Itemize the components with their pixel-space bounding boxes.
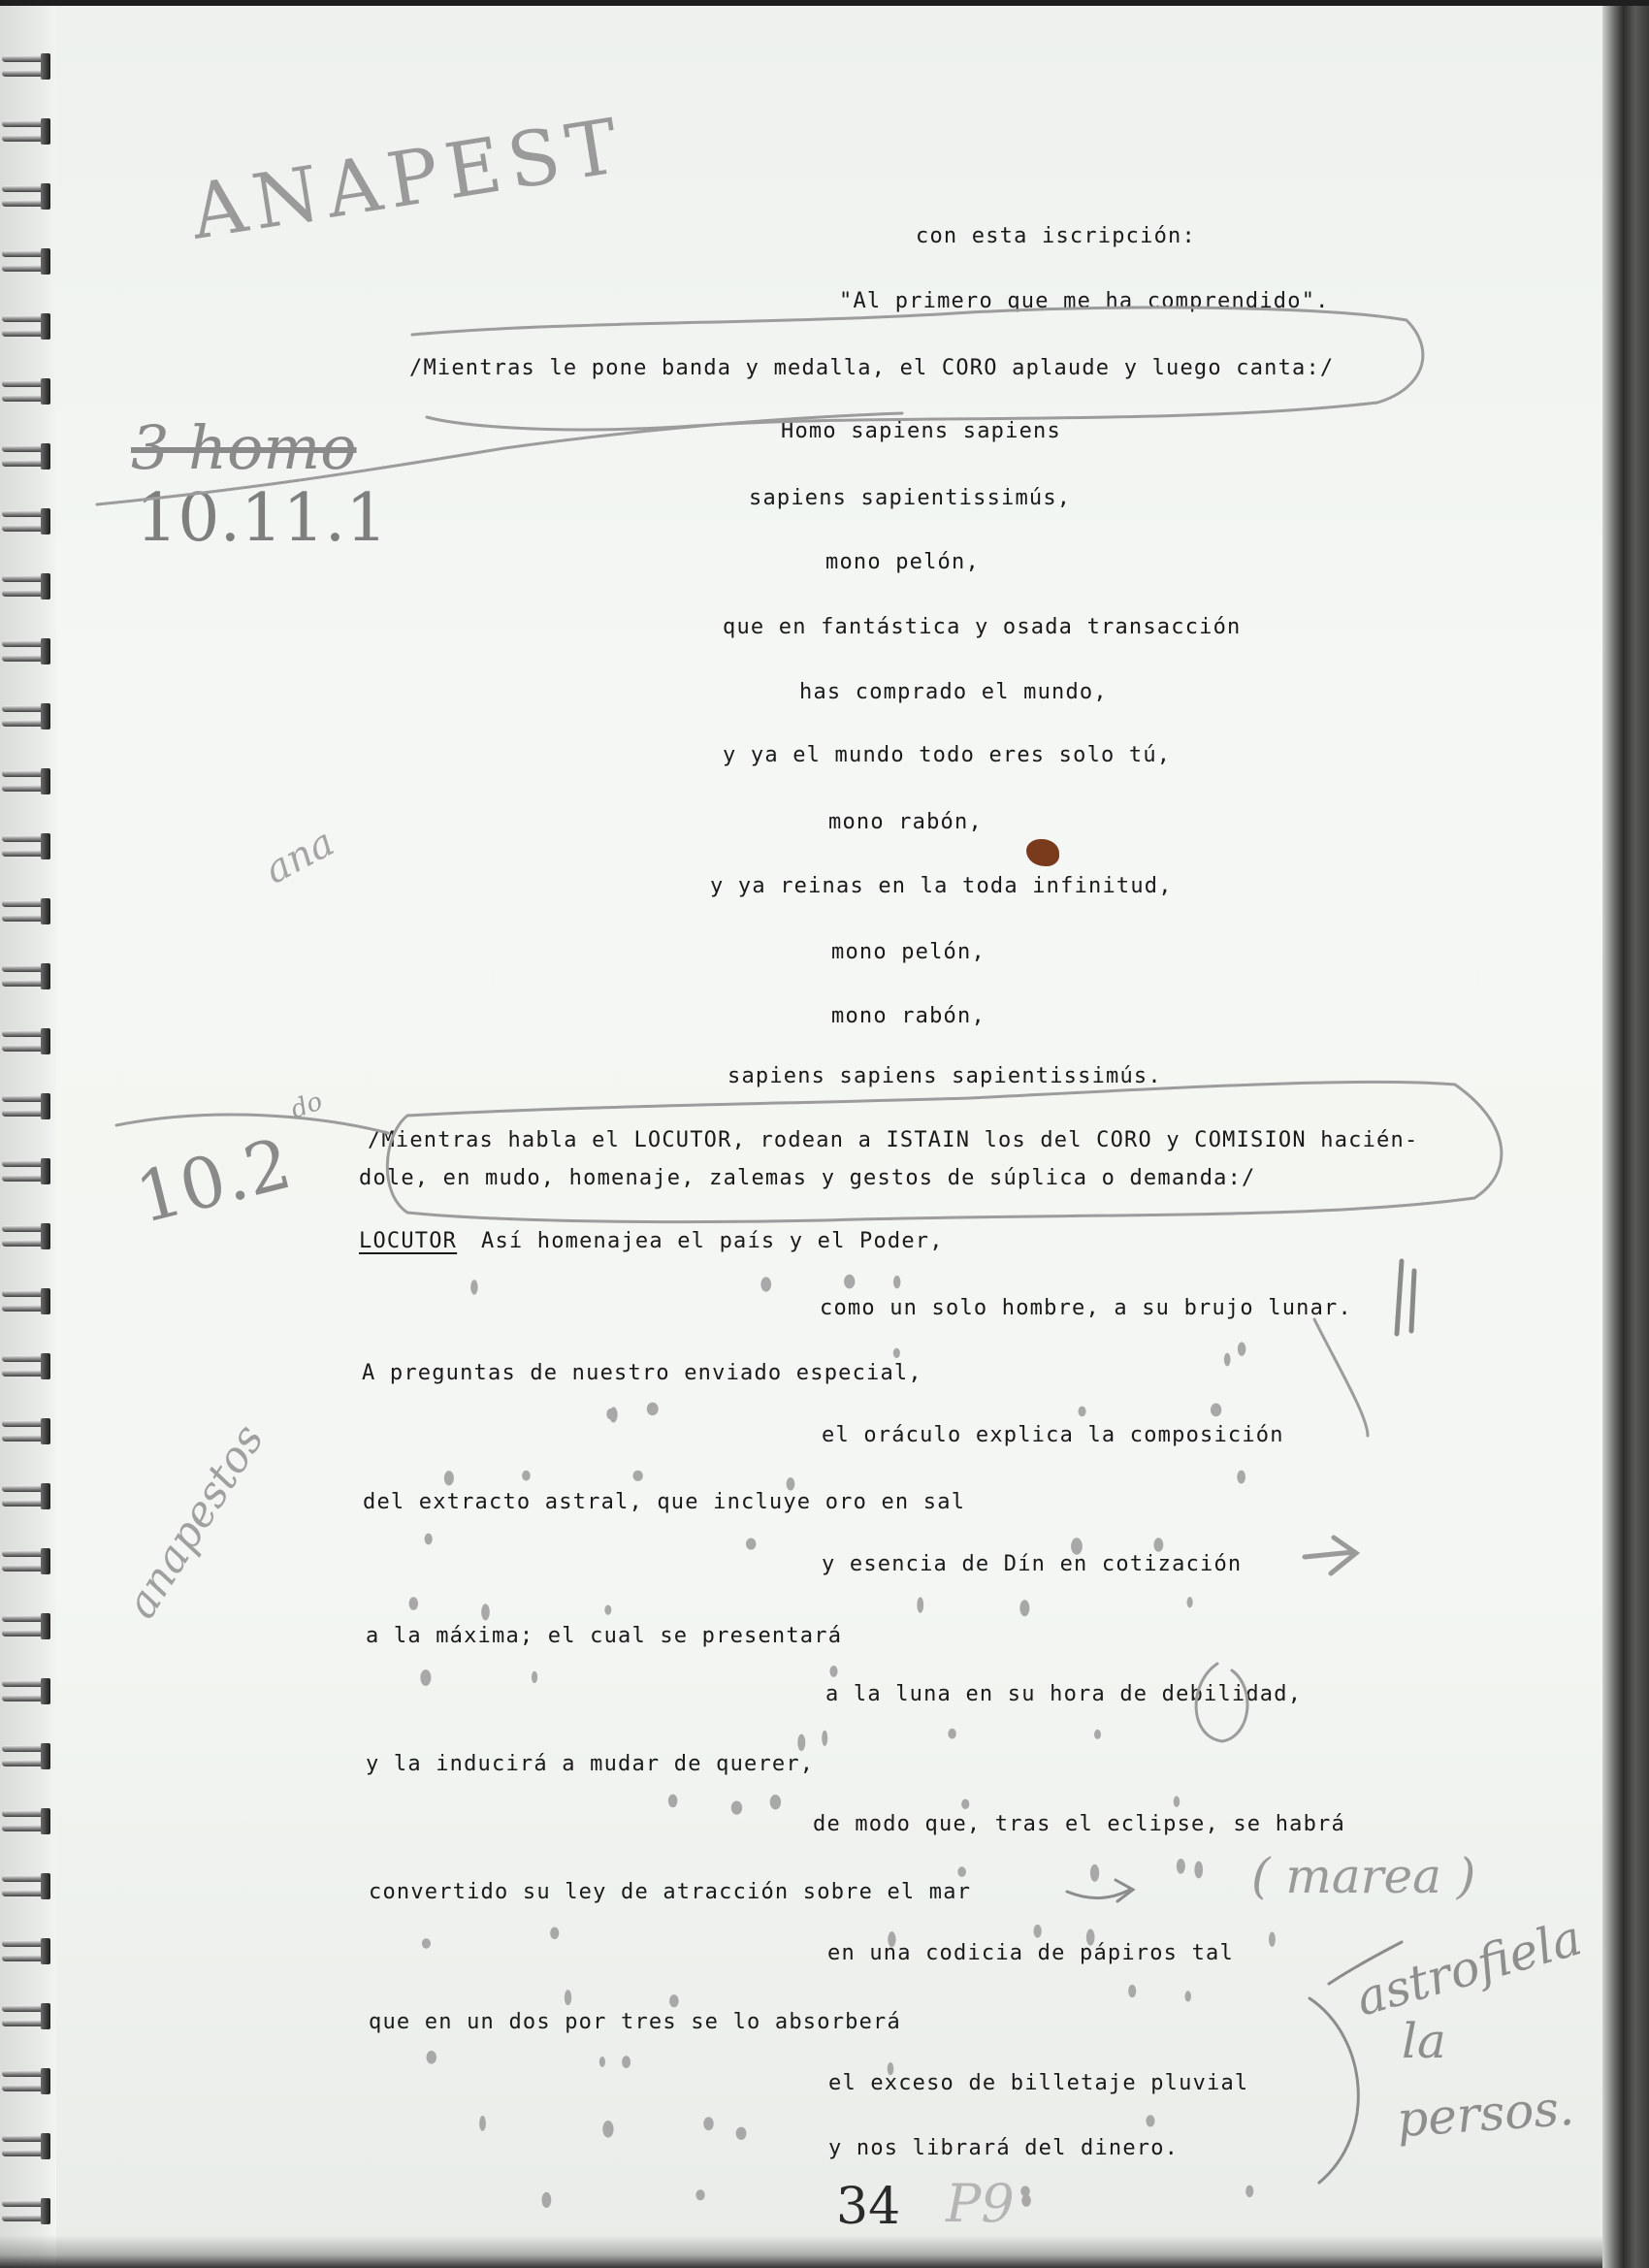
spiral-ring <box>2 1808 50 1835</box>
page-number: 34 <box>836 2178 900 2236</box>
spiral-ring <box>2 1548 50 1575</box>
spiral-ring <box>2 248 50 275</box>
spiral-ring <box>2 1353 50 1380</box>
speech-line: en una codicia de pápiros tal <box>827 1941 1234 1965</box>
chorus-line: Homo sapiens sapiens <box>781 419 1061 443</box>
chorus-line: mono pelón, <box>825 550 980 574</box>
right-note-line: astrofiela <box>1350 1909 1588 2026</box>
annotation-ana: ana <box>258 820 341 892</box>
chorus-line: mono rabón, <box>831 1004 986 1028</box>
spiral-ring <box>2 1483 50 1510</box>
right-note-line: persos. <box>1395 2080 1575 2149</box>
speech-line: que en un dos por tres se lo absorberá <box>369 2010 901 2034</box>
speech-line: del extracto astral, que incluye oro en … <box>363 1490 965 1514</box>
spiral-ring <box>2 1288 50 1315</box>
inscription-intro: con esta iscripción: <box>916 224 1196 248</box>
annotation-ref-10-2: 10.2 <box>128 1122 299 1239</box>
speaker-label: LOCUTOR <box>359 1229 457 1253</box>
spiral-ring <box>2 2068 50 2095</box>
speech-line: convertido su ley de atracción sobre el … <box>369 1880 971 1904</box>
speech-line: a la luna en su hora de debilidad, <box>825 1682 1302 1706</box>
spiral-ring <box>2 1613 50 1640</box>
spiral-ring <box>2 1093 50 1120</box>
inscription-text: "Al primero que me ha comprendido". <box>839 289 1330 313</box>
annotation-anapest: ANAPEST <box>185 102 631 257</box>
spiral-ring <box>2 1028 50 1055</box>
spiral-ring <box>2 2198 50 2225</box>
speech-line: a la máxima; el cual se presentará <box>366 1624 842 1648</box>
spiral-ring <box>2 2003 50 2030</box>
notebook-edge-shadow <box>1602 0 1649 2268</box>
speech-line: y la inducirá a mudar de querer, <box>366 1752 814 1776</box>
spiral-ring <box>2 443 50 470</box>
annotation-ref-10-11-1: 10.11.1 <box>136 480 388 557</box>
spiral-ring <box>2 833 50 860</box>
chorus-line: mono rabón, <box>828 810 983 834</box>
spiral-ring <box>2 313 50 340</box>
speech-line: y esencia de Dín en cotización <box>822 1552 1242 1576</box>
spiral-ring <box>2 1418 50 1445</box>
spiral-ring <box>2 1938 50 1965</box>
spiral-ring <box>2 1873 50 1900</box>
paper-stain <box>1026 839 1059 866</box>
spiral-ring <box>2 963 50 990</box>
speech-line: como un solo hombre, a su brujo lunar. <box>820 1296 1352 1320</box>
spiral-ring <box>2 1678 50 1705</box>
speech-line: el oráculo explica la composición <box>822 1423 1284 1447</box>
spiral-ring <box>2 1158 50 1185</box>
speech-line: de modo que, tras el eclipse, se habrá <box>813 1812 1345 1836</box>
chorus-line: mono pelón, <box>831 940 986 964</box>
speech-line: el exceso de billetaje pluvial <box>828 2071 1248 2095</box>
spiral-ring <box>2 378 50 405</box>
right-note-line: la <box>1402 2013 1446 2069</box>
speech-line: Así homenajea el país y el Poder, <box>481 1229 944 1253</box>
chorus-line: que en fantástica y osada transacción <box>723 615 1241 639</box>
spiral-ring <box>2 118 50 146</box>
chorus-line: y ya reinas en la toda infinitud, <box>710 874 1173 898</box>
spiral-ring <box>2 1743 50 1770</box>
stage-direction-1: /Mientras le pone banda y medalla, el CO… <box>409 356 1334 380</box>
annotation-anapestos: anapestos <box>116 1416 274 1627</box>
chorus-line: y ya el mundo todo eres solo tú, <box>723 743 1171 767</box>
stage-direction-2-line-2: dole, en mudo, homenaje, zalemas y gesto… <box>359 1166 1256 1190</box>
spiral-ring <box>2 638 50 665</box>
spiral-ring <box>2 1223 50 1250</box>
spiral-ring <box>2 768 50 795</box>
chorus-line: sapiens sapientissimús, <box>749 486 1071 510</box>
spiral-ring <box>2 53 50 81</box>
chorus-line: sapiens sapiens sapientissimús. <box>727 1064 1162 1088</box>
annotation-3-homo-struck: 3 homo <box>131 412 357 483</box>
spiral-ring <box>2 183 50 211</box>
spiral-ring <box>2 2133 50 2160</box>
annotation-marea: ( marea ) <box>1251 1848 1475 1904</box>
notebook-page: con esta iscripción: "Al primero que me … <box>0 0 1615 2268</box>
spiral-ring <box>2 508 50 535</box>
speech-line: y nos librará del dinero. <box>828 2136 1179 2160</box>
speech-line: A preguntas de nuestro enviado especial, <box>362 1361 922 1385</box>
chorus-line: has comprado el mundo, <box>799 680 1108 704</box>
spiral-ring <box>2 703 50 730</box>
spiral-ring <box>2 573 50 600</box>
page-number-annotation: P9 <box>946 2173 1015 2234</box>
scan-top-edge <box>0 0 1649 6</box>
spiral-binding <box>0 0 56 2268</box>
annotation-ref-sup: do <box>287 1086 327 1124</box>
spiral-ring <box>2 898 50 925</box>
stage-direction-2-line-1: /Mientras habla el LOCUTOR, rodean a IST… <box>368 1128 1418 1152</box>
